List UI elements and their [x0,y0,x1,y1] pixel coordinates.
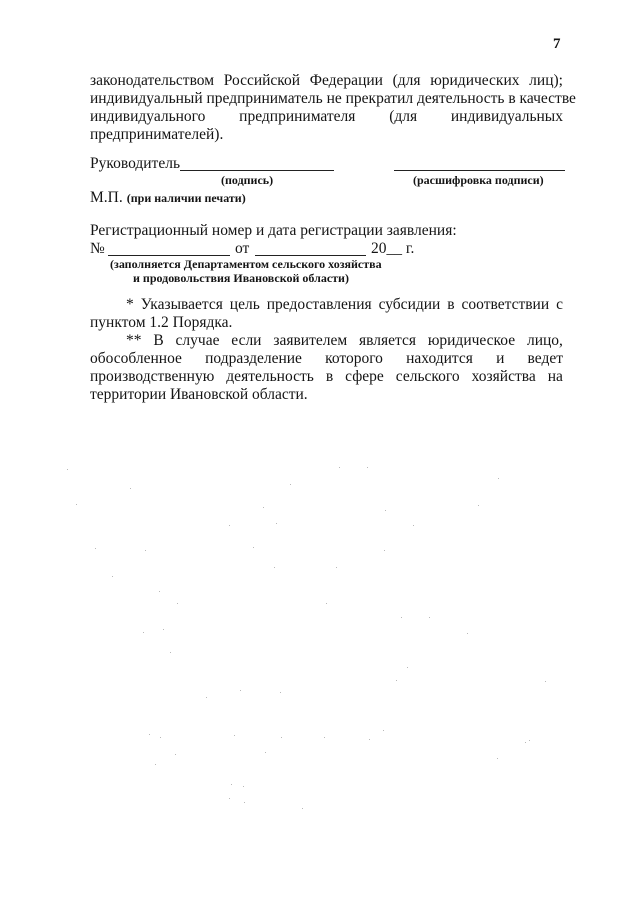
footnote-2: ** В случае если заявителем является юри… [90,332,563,404]
registration-note-line-2: и продовольствия Ивановской области) [133,271,349,286]
stamp-note: (при наличии печати) [127,191,246,205]
footnote-2-line-3: производственную деятельность в сфере се… [90,368,563,386]
page-number: 7 [553,36,561,53]
signature-line [180,170,334,171]
registration-heading: Регистрационный номер и дата регистрации… [90,222,457,240]
head-label: Руководитель [90,155,180,173]
year-field: 20__ г. [371,240,414,258]
year-suffix: г. [406,240,414,257]
signature-decoding-line [394,170,565,171]
year-blank: __ [387,240,403,257]
footnote-1: * Указывается цель предоставления субсид… [90,296,563,332]
paragraph-line-4: предпринимателей). [90,126,563,144]
number-sign: № [90,240,105,258]
footnote-1-line-2: пунктом 1.2 Порядка. [90,314,563,332]
signature-caption: (подпись) [221,173,273,188]
footnote-2-line-1: ** В случае если заявителем является юри… [90,332,563,350]
paragraph-line-2: индивидуальный предприниматель не прекра… [90,90,563,108]
footnote-2-line-4: территории Ивановской области. [90,386,563,404]
continuation-paragraph: законодательством Российской Федерации (… [90,72,563,144]
registration-date-line [255,255,366,256]
from-label: от [235,240,249,258]
stamp-label: М.П. [90,189,123,206]
decoding-caption: (расшифровка подписи) [413,173,544,188]
document-page: 7 законодательством Российской Федерации… [0,0,640,905]
footnote-2-line-2: обособленное подразделение которого нахо… [90,350,563,368]
registration-note-line-1: (заполняется Департаментом сельского хоз… [110,257,382,272]
paragraph-line-3: индивидуального предпринимателя (для инд… [90,108,563,126]
registration-number-line [108,255,230,256]
footnote-1-line-1: * Указывается цель предоставления субсид… [90,296,563,314]
paragraph-line-1: законодательством Российской Федерации (… [90,72,563,90]
year-prefix: 20 [371,240,387,257]
stamp-row: М.П. (при наличии печати) [90,189,246,207]
